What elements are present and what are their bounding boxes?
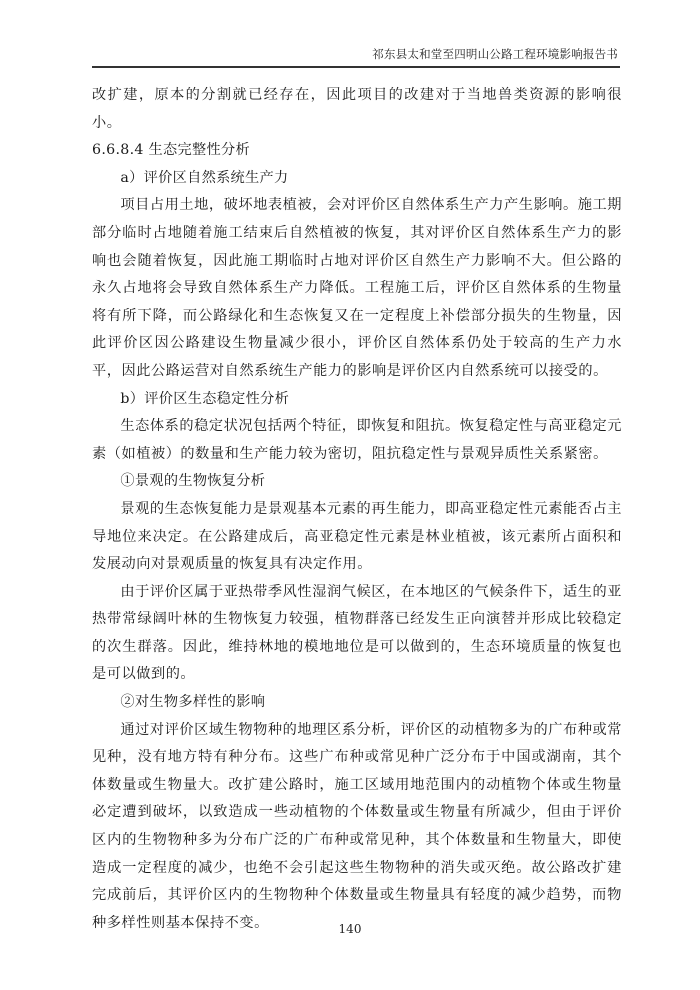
paragraph-continuation: 改扩建，原本的分割就已经存在，因此项目的改建对于当地兽类资源的影响很小。 (92, 82, 622, 137)
paragraph-climate: 由于评价区属于亚热带季风性湿润气候区，在本地区的气候条件下，适生的亚热带常绿阔叶… (92, 579, 622, 689)
subheading-2: ②对生物多样性的影响 (92, 689, 622, 717)
report-title: 祁东县太和堂至四明山公路工程环境影响报告书 (372, 46, 618, 62)
paragraph-productivity: 项目占用土地，破坏地表植被，会对评价区自然体系生产力产生影响。施工期部分临时占地… (92, 192, 622, 385)
subheading-b: b）评价区生态稳定性分析 (92, 386, 622, 414)
page-number: 140 (0, 922, 700, 936)
page-body: 改扩建，原本的分割就已经存在，因此项目的改建对于当地兽类资源的影响很小。 6.6… (92, 82, 622, 937)
section-heading: 6.6.8.4 生态完整性分析 (92, 137, 622, 165)
paragraph-landscape-recovery: 景观的生态恢复能力是景观基本元素的再生能力，即高亚稳定性元素能否占主导地位来决定… (92, 496, 622, 579)
paragraph-stability: 生态体系的稳定状况包括两个特征，即恢复和阻抗。恢复稳定性与高亚稳定元素（如植被）… (92, 413, 622, 468)
paragraph-biodiversity: 通过对评价区域生物物种的地理区系分析，评价区的动植物多为的广布种或常见种，没有地… (92, 717, 622, 938)
subheading-a: a）评价区自然系统生产力 (92, 165, 622, 193)
subheading-1: ①景观的生物恢复分析 (92, 468, 622, 496)
page-header: 祁东县太和堂至四明山公路工程环境影响报告书 (92, 44, 620, 68)
